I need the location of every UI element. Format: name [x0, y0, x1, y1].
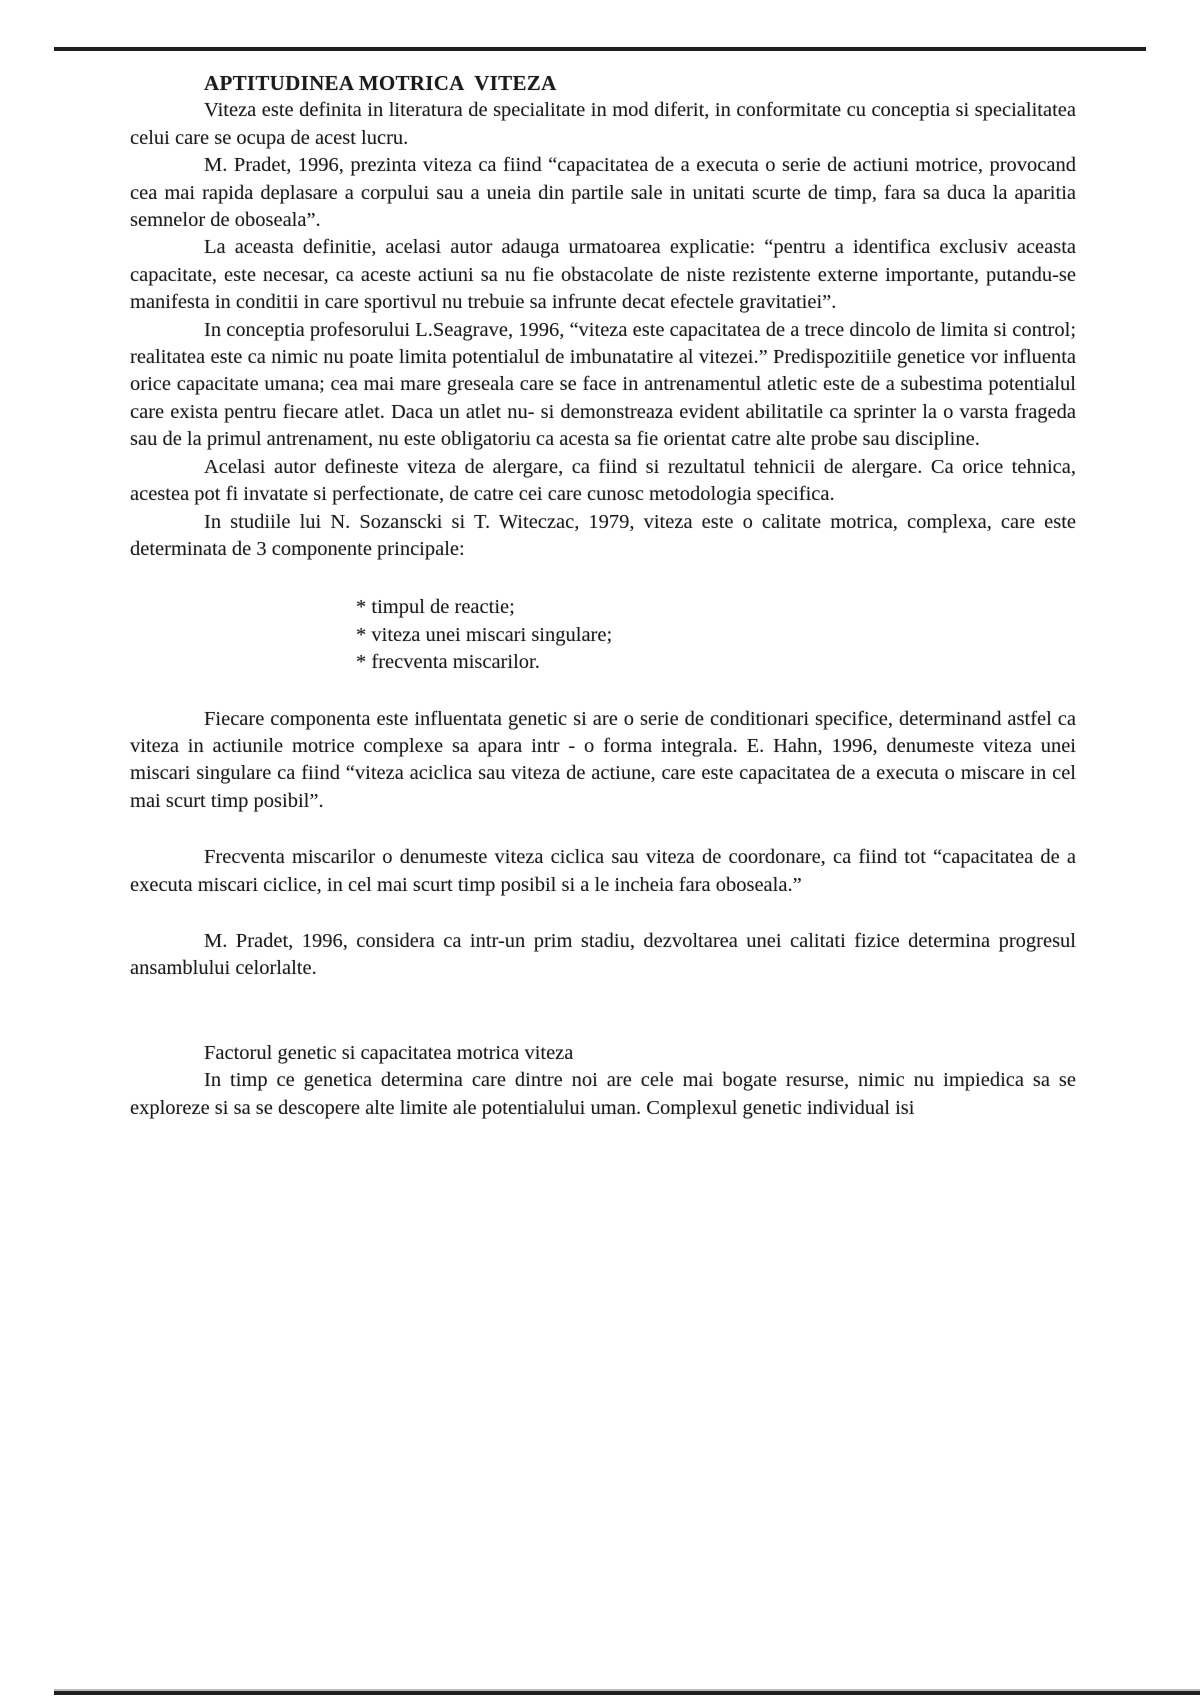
paragraph-running-speed: Acelasi autor defineste viteza de alerga… [130, 454, 1076, 509]
components-list: * timpul de reactie; * viteza unei misca… [130, 594, 1076, 676]
top-rule [54, 47, 1146, 51]
list-item-movement-frequency: * frecventa miscarilor. [356, 649, 1076, 676]
paragraph-definition-intro: Viteza este definita in literatura de sp… [130, 97, 1076, 152]
paragraph-pradet-explanation: La aceasta definitie, acelasi autor adau… [130, 234, 1076, 316]
document-page: APTITUDINEA MOTRICA VITEZA Viteza este d… [0, 0, 1200, 1700]
document-body: APTITUDINEA MOTRICA VITEZA Viteza este d… [130, 70, 1076, 1122]
section-subheading-genetic-factor: Factorul genetic si capacitatea motrica … [130, 1040, 1076, 1067]
paragraph-genetics-resources: In timp ce genetica determina care dintr… [130, 1067, 1076, 1122]
paragraph-cyclic-speed: Frecventa miscarilor o denumeste viteza … [130, 844, 1076, 899]
document-title: APTITUDINEA MOTRICA VITEZA [204, 70, 1076, 97]
bottom-rule [54, 1691, 1200, 1695]
list-item-reaction-time: * timpul de reactie; [356, 594, 1076, 621]
paragraph-seagrave-conception: In conceptia profesorului L.Seagrave, 19… [130, 317, 1076, 454]
paragraph-pradet-definition: M. Pradet, 1996, prezinta viteza ca fiin… [130, 152, 1076, 234]
list-item-single-movement-speed: * viteza unei miscari singulare; [356, 622, 1076, 649]
paragraph-genetic-influence: Fiecare componenta este influentata gene… [130, 706, 1076, 816]
paragraph-sozanscki-witeczac: In studiile lui N. Sozanscki si T. Witec… [130, 509, 1076, 564]
paragraph-pradet-development: M. Pradet, 1996, considera ca intr-un pr… [130, 928, 1076, 983]
